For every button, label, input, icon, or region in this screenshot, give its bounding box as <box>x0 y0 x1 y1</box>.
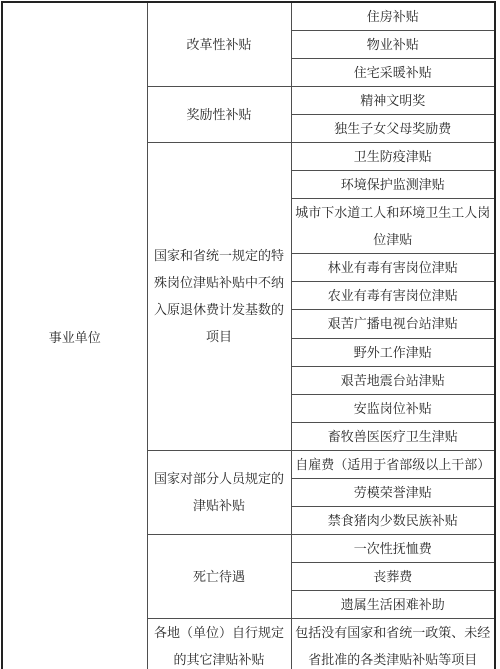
item-cell: 丧葬费 <box>291 562 495 590</box>
item-cell: 安监岗位补贴 <box>291 394 495 422</box>
item-cell: 遗属生活困难补助 <box>291 590 495 618</box>
item-cell: 农业有毒有害岗位津贴 <box>291 282 495 310</box>
category-cell-special-post: 国家和省统一规定的特殊岗位津贴补贴中不纳入原退休费计发基数的项目 <box>147 143 291 450</box>
item-cell: 卫生防疫津贴 <box>291 143 495 171</box>
item-cell: 艰苦广播电视台站津贴 <box>291 310 495 338</box>
item-cell: 禁食猪肉少数民族补贴 <box>291 506 495 534</box>
item-cell: 包括没有国家和省统一政策、未经省批准的各类津贴补贴等项目 <box>291 618 495 669</box>
item-cell: 住宅采暖补贴 <box>291 59 495 87</box>
table-row: 事业单位 改革性补贴 住房补贴 <box>2 2 495 31</box>
subsidy-table: 事业单位 改革性补贴 住房补贴 物业补贴 住宅采暖补贴 奖励性补贴 精神文明奖 … <box>1 1 496 669</box>
item-cell: 艰苦地震台站津贴 <box>291 366 495 394</box>
item-cell: 环境保护监测津贴 <box>291 171 495 199</box>
category-cell-local-other: 各地（单位）自行规定的其它津贴补贴 <box>147 618 291 669</box>
item-cell: 林业有毒有害岗位津贴 <box>291 254 495 282</box>
item-cell: 野外工作津贴 <box>291 338 495 366</box>
item-cell: 劳模荣誉津贴 <box>291 478 495 506</box>
item-cell: 独生子女父母奖励费 <box>291 115 495 143</box>
category-cell-reward: 奖励性补贴 <box>147 87 291 143</box>
item-cell: 物业补贴 <box>291 31 495 59</box>
org-cell: 事业单位 <box>2 2 147 669</box>
category-cell-death-benefit: 死亡待遇 <box>147 534 291 618</box>
category-cell-reform: 改革性补贴 <box>147 2 291 87</box>
item-cell: 一次性抚恤费 <box>291 534 495 562</box>
item-cell: 自雇费（适用于省部级以上干部） <box>291 450 495 478</box>
item-cell: 城市下水道工人和环境卫生工人岗位津贴 <box>291 199 495 254</box>
item-cell: 住房补贴 <box>291 2 495 31</box>
item-cell: 畜牧兽医医疗卫生津贴 <box>291 422 495 450</box>
item-cell: 精神文明奖 <box>291 87 495 115</box>
category-cell-personnel: 国家对部分人员规定的津贴补贴 <box>147 450 291 534</box>
